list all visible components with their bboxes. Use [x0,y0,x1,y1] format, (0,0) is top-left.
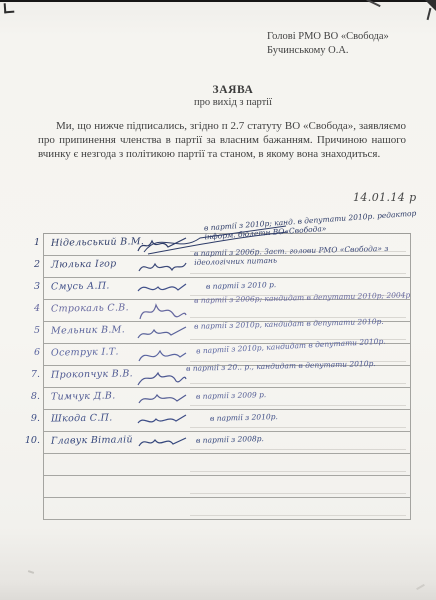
document-title: ЗАЯВА [33,84,433,96]
row-number: 2 [23,259,40,270]
row-number: 8. [23,391,40,402]
title-block: ЗАЯВА про вихід з партії [33,84,433,108]
recipient-block: Голові РМО ВО «Свобода» Бучинському О.А. [267,30,389,57]
signatory-name: Главук Віталій [51,434,133,446]
row-guideline [190,273,406,274]
row-number: 7. [23,369,40,380]
signature-stroke [136,279,188,299]
paper-speck [28,570,34,574]
signature-table: 1 Нідельський В.М. в партії з 2010р; кан… [43,233,411,520]
signatory-name: Мельник В.М. [51,324,125,336]
row-number: 6 [23,347,40,358]
signature-stroke [136,345,188,367]
membership-note: в партії з 2010р. [210,413,278,424]
paper-speck [416,584,425,590]
membership-note: в партії з 2010р; канд. в депутати 2010р… [204,208,436,242]
membership-note: в партії з 2006р. Заст. голови РМО «Своб… [194,244,422,268]
document-subtitle: про вихід з партії [33,97,433,108]
signature-stroke [136,433,188,453]
row-guideline [190,493,406,494]
document-date: 14.01.14 р [353,191,417,204]
row-number: 10. [23,435,40,446]
signatory-name: Шкода С.П. [51,412,113,424]
scanned-document-page: Голові РМО ВО «Свобода» Бучинському О.А.… [0,0,436,600]
signature-row: 10. Главук Віталій в партії з 2008р. [44,432,410,454]
signature-stroke [136,301,188,323]
row-guideline [190,449,406,450]
row-number: 4 [23,303,40,314]
signature-stroke [136,389,188,409]
signature-row: 2 Люлька Ігор в партії з 2006р. Заст. го… [44,256,410,278]
signatory-name: Смусь А.П. [51,280,110,292]
signature-stroke [136,323,188,343]
empty-row [44,454,410,476]
corner-fold-mark [4,3,15,14]
row-guideline [190,405,406,406]
row-number: 1 [23,237,40,248]
signature-row: 9. Шкода С.П. в партії з 2010р. [44,410,410,432]
row-guideline [190,427,406,428]
signatory-name: Тимчук Д.В. [51,390,116,402]
corner-tick-mark [427,8,432,20]
membership-note: в партії з 2008р. [196,435,264,446]
row-number: 5 [23,325,40,336]
signature-stroke [136,367,188,389]
signature-stroke [136,257,188,277]
signature-row: 8. Тимчук Д.В. в партії з 2009 р. [44,388,410,410]
row-guideline [190,471,406,472]
row-number: 9. [23,413,40,424]
signatory-name: Строкаль С.В. [51,302,129,314]
statement-body: Ми, що нижче підписались, згідно п 2.7 с… [38,119,406,162]
signatory-name: Нідельський В.М. [51,236,144,249]
signature-row: 7. Прокопчук В.В. в партії з 20.. р., ка… [44,366,410,388]
row-number: 3 [23,281,40,292]
recipient-line1: Голові РМО ВО «Свобода» [267,30,389,44]
signatory-name: Люлька Ігор [51,258,117,270]
signatory-name: Прокопчук В.В. [51,368,133,380]
empty-row [44,476,410,498]
membership-note: в партії з 2009 р. [196,391,266,402]
row-guideline [190,515,406,516]
signature-stroke [136,411,188,431]
signatory-name: Осетрук І.Т. [51,346,119,358]
empty-row [44,498,410,520]
recipient-line2: Бучинському О.А. [267,44,389,58]
membership-note: в партії з 2010 р. [206,281,276,292]
row-guideline [190,383,406,384]
